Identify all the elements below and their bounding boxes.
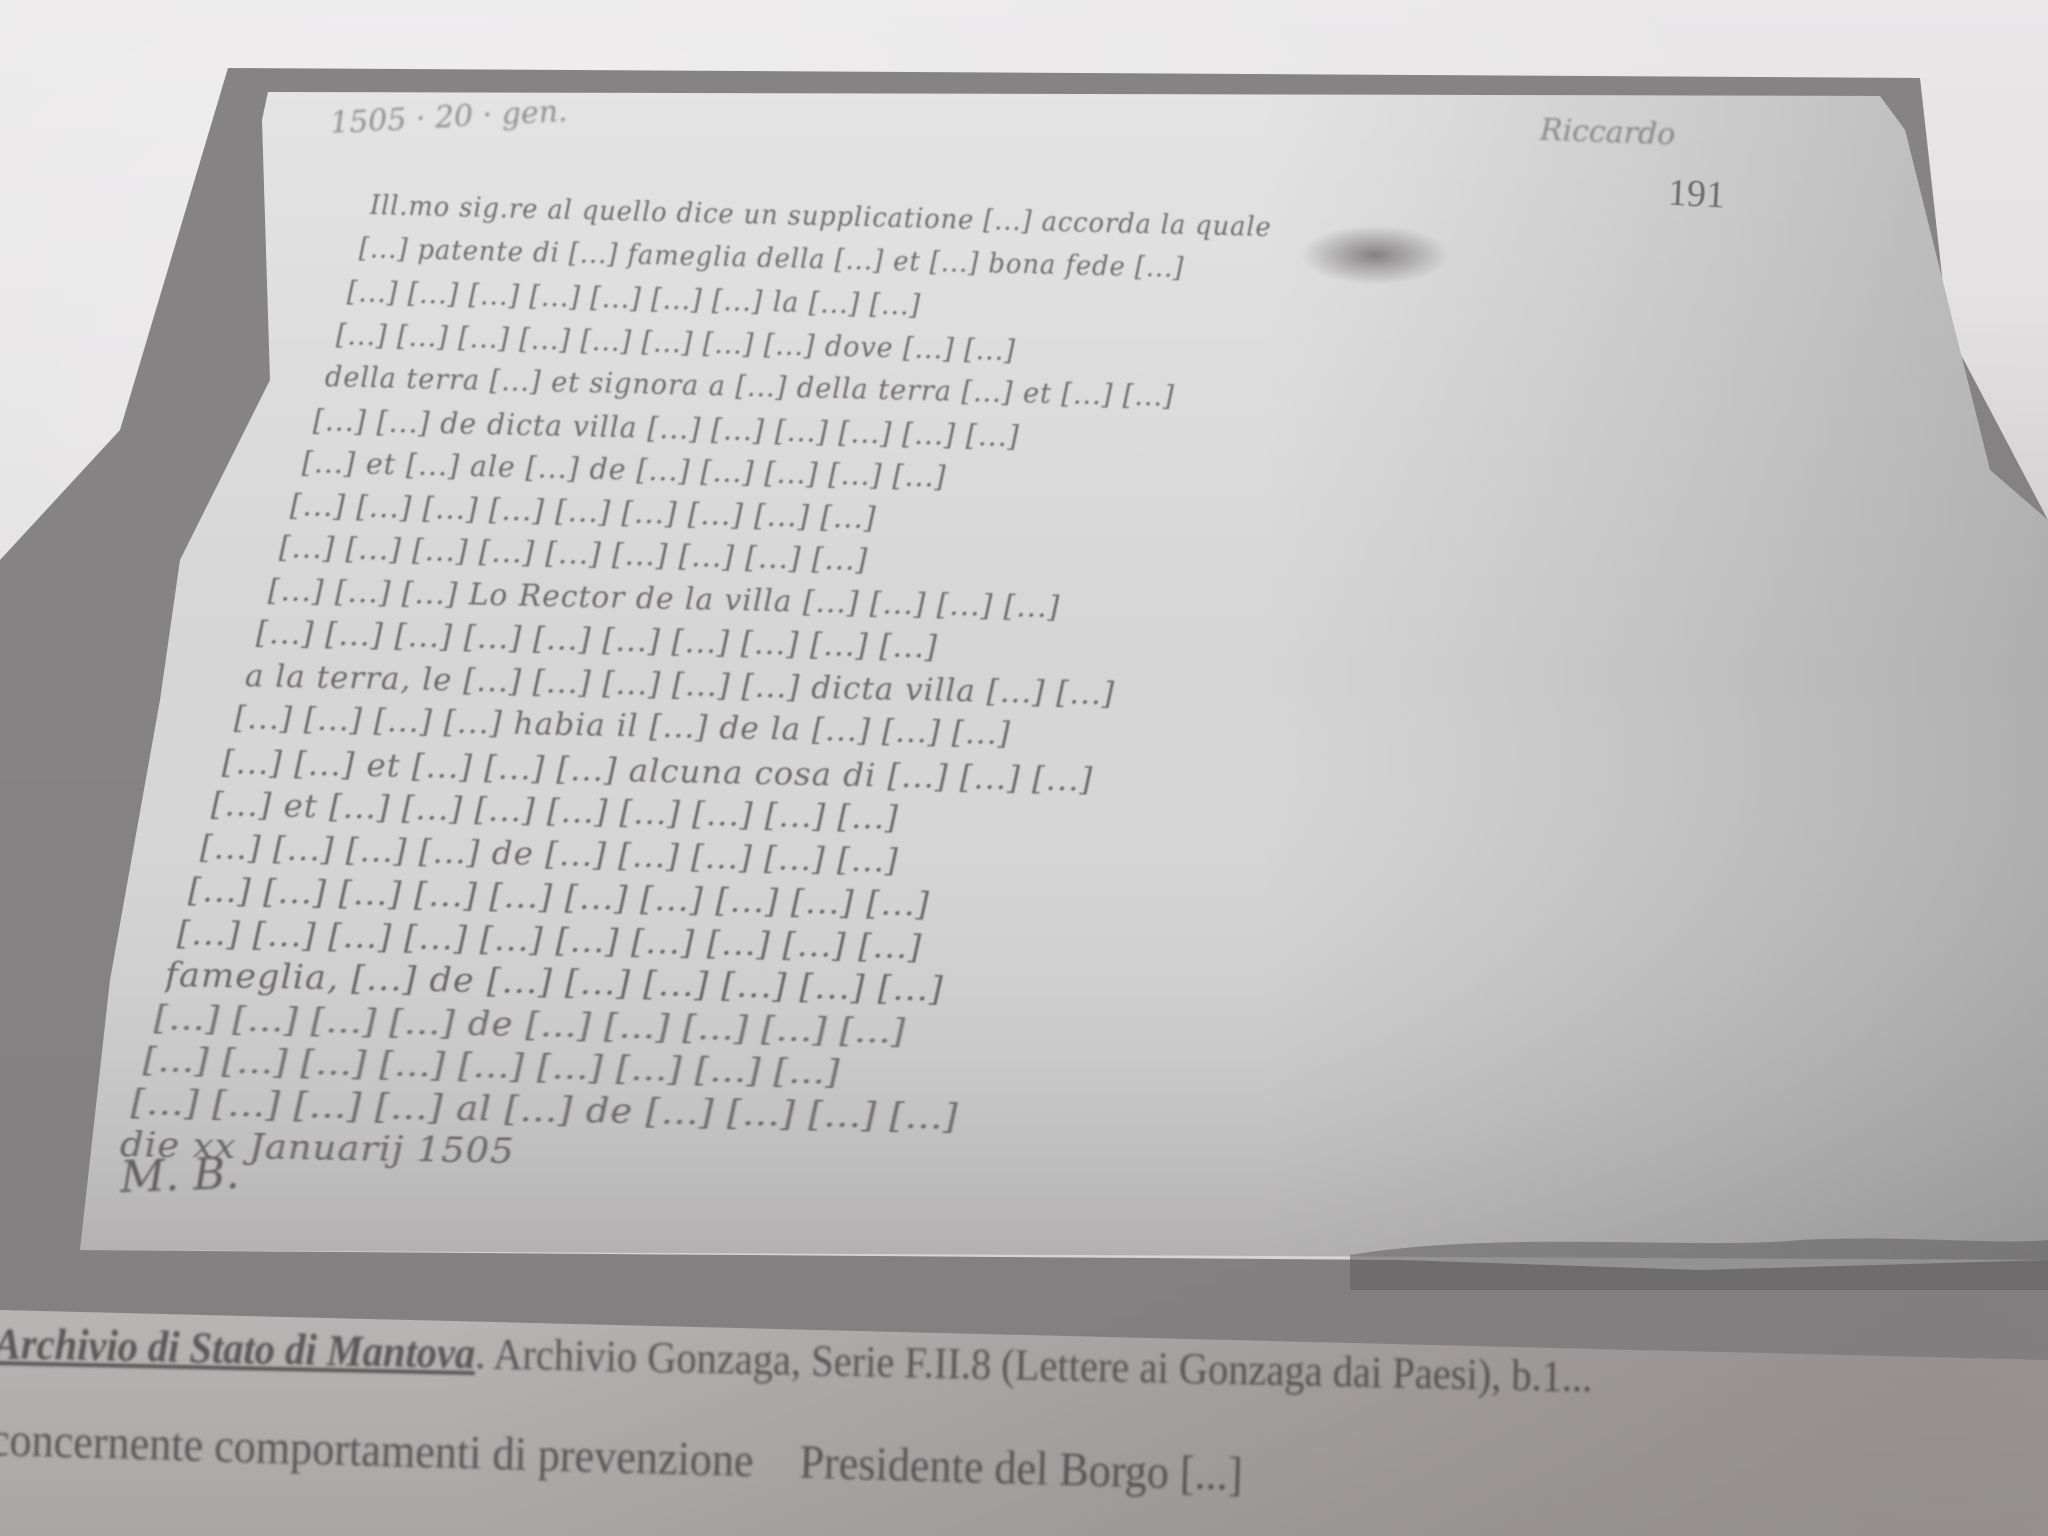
caption-description-continued: Presidente del Borgo [...]: [799, 1436, 1243, 1501]
facsimile-plate: 1505 · 20 · gen. Riccardo 191 Ill.mo sig…: [0, 0, 2048, 1380]
caption-line-2: concernente comportamenti di prevenzione…: [0, 1412, 1922, 1521]
folio-number: 191: [1667, 171, 1726, 218]
ink-stain: [1300, 225, 1450, 285]
manuscript-signature: M. B.: [119, 1148, 240, 1203]
caption-source: Archivio di Stato di Mantova: [0, 1319, 476, 1378]
caption-description: concernente comportamenti di prevenzione: [0, 1413, 754, 1487]
archive-note: Riccardo: [1539, 113, 1675, 153]
